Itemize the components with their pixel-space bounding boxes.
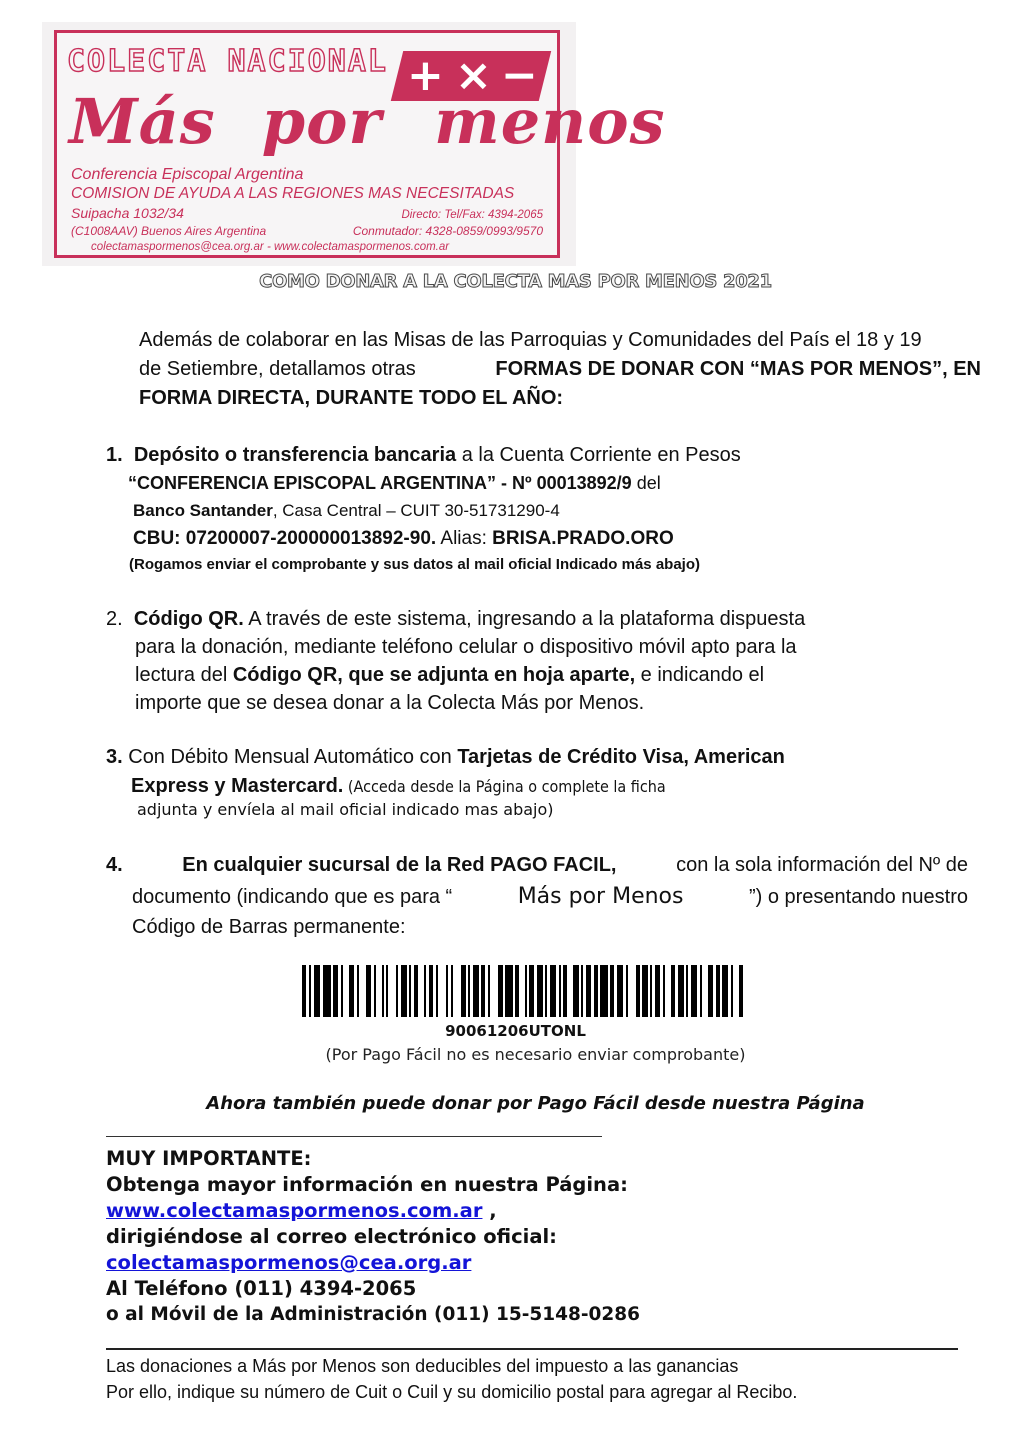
important-email-line: colectamaspormenos@cea.org.ar: [106, 1253, 471, 1273]
colecta-logo: COLECTA NACIONAL + × − Máspormenos Confe…: [54, 30, 560, 258]
item-text: e indicando el: [635, 664, 764, 686]
item-text: del: [632, 473, 661, 493]
intro-line-2: de Setiembre, detallamos otras FORMAS DE…: [139, 359, 981, 379]
cbu-value: CBU: 07200007-200000013892-90.: [133, 528, 436, 549]
logo-org: Conferencia Episcopal Argentina: [71, 167, 303, 183]
logo-switchboard: Conmutador: 4328-0859/0993/9570: [353, 225, 543, 237]
intro-emphasis: FORMA DIRECTA, DURANTE TODO EL AÑO:: [139, 388, 563, 408]
logo-direct-phone: Directo: Tel/Fax: 4394-2065: [402, 210, 544, 222]
intro-emphasis: FORMAS DE DONAR CON “MAS POR MENOS”, EN: [495, 359, 981, 379]
item-text: A través de este sistema, ingresando a l…: [244, 608, 805, 630]
logo-top-label: COLECTA NACIONAL: [67, 47, 388, 77]
intro-text: Además de colaborar en las Misas de las …: [139, 330, 922, 350]
item-1-line-3: Banco Santander, Casa Central – CUIT 30-…: [133, 502, 560, 519]
item-number: 1.: [106, 444, 123, 466]
item-3-line-3: adjunta y envíela al mail oficial indica…: [137, 802, 554, 818]
item-title: En cualquier sucursal de la Red PAGO FAC…: [182, 855, 616, 875]
item-emphasis: Código QR, que se adjunta en hoja aparte…: [233, 664, 635, 686]
item-text: a la Cuenta Corriente en Pesos: [456, 444, 741, 466]
logo-script-title: Máspormenos: [69, 91, 665, 153]
item-4-line-2: documento (indicando que es para “ Más p…: [132, 886, 968, 908]
item-title: Depósito o transferencia bancaria: [134, 444, 456, 466]
logo-card: COLECTA NACIONAL + × − Máspormenos Confe…: [42, 22, 576, 266]
item-text: con la sola información del Nº de: [676, 855, 968, 875]
item-text: documento (indicando que es para “: [132, 887, 452, 907]
account-name: “CONFERENCIA EPISCOPAL ARGENTINA” - Nº 0…: [128, 473, 632, 493]
item-text: ”) o presentando nuestro: [749, 887, 968, 907]
punctuation: ,: [482, 1199, 496, 1222]
script-word: menos: [434, 85, 665, 158]
intro-paragraph: Además de colaborar en las Misas de las …: [139, 330, 981, 350]
pago-facil-online-note: Ahora también puede donar por Pago Fácil…: [0, 1093, 1031, 1114]
item-2-line-3: lectura del Código QR, que se adjunta en…: [135, 665, 764, 685]
mobile-line: o al Móvil de la Administración (011) 15…: [106, 1306, 640, 1325]
logo-contact: colectamaspormenos@cea.org.ar - www.cole…: [91, 242, 449, 254]
item-3-line-2: Express y Mastercard. (Acceda desde la P…: [131, 776, 666, 796]
item-2-line-1: 2. Código QR. A través de este sistema, …: [106, 609, 805, 629]
barcode-number: 90061206UTONL: [0, 1022, 1031, 1040]
email-link[interactable]: colectamaspormenos@cea.org.ar: [106, 1251, 471, 1274]
item-emphasis: Más por Menos: [518, 886, 684, 908]
barcode-note: (Por Pago Fácil no es necesario enviar c…: [0, 1045, 1031, 1064]
logo-address: Suipacha 1032/34: [71, 206, 184, 220]
alias-value: BRISA.PRADO.ORO: [492, 528, 674, 549]
website-link[interactable]: www.colectamaspormenos.com.ar: [106, 1199, 482, 1222]
logo-commission: COMISION DE AYUDA A LAS REGIONES MAS NEC…: [71, 186, 514, 202]
item-title: Código QR.: [134, 608, 244, 630]
item-2-line-4: importe que se desea donar a la Colecta …: [135, 693, 644, 713]
important-line-2: dirigiéndose al correo electrónico ofici…: [106, 1227, 557, 1247]
item-1-note: (Rogamos enviar el comprobante y sus dat…: [129, 557, 700, 572]
divider: [106, 1348, 958, 1350]
barcode-image: [302, 965, 754, 1017]
item-3-line-1: 3. Con Débito Mensual Automático con Tar…: [106, 747, 785, 767]
script-word: por: [262, 85, 382, 158]
item-number: 4.: [106, 855, 123, 875]
item-text: (Acceda desde la Página o complete la fi…: [343, 777, 665, 796]
divider: [106, 1136, 602, 1137]
item-number: 2.: [106, 608, 123, 630]
phone-line: Al Teléfono (011) 4394-2065: [106, 1279, 416, 1299]
item-text: lectura del: [135, 664, 233, 686]
logo-postal: (C1008AAV) Buenos Aires Argentina: [71, 225, 266, 237]
item-1-line-1: 1. Depósito o transferencia bancaria a l…: [106, 445, 741, 465]
item-title: Express y Mastercard.: [131, 775, 343, 797]
important-line-1: Obtenga mayor información en nuestra Pág…: [106, 1175, 628, 1195]
item-number: 3.: [106, 746, 123, 768]
bank-name: Banco Santander: [133, 501, 273, 520]
alias-label: Alias:: [436, 528, 492, 549]
item-4-line-3: Código de Barras permanente:: [132, 917, 406, 937]
item-1-line-4: CBU: 07200007-200000013892-90. Alias: BR…: [133, 529, 674, 548]
footer-line-1: Las donaciones a Más por Menos son deduc…: [106, 1357, 738, 1375]
page-title: COMO DONAR A LA COLECTA MAS POR MENOS 20…: [0, 271, 1031, 292]
item-text: , Casa Central – CUIT 30-51731290-4: [273, 501, 560, 520]
item-title: Tarjetas de Crédito Visa, American: [457, 746, 785, 768]
intro-text: de Setiembre, detallamos otras: [139, 359, 416, 379]
important-heading: MUY IMPORTANTE:: [106, 1149, 311, 1169]
item-2-line-2: para la donación, mediante teléfono celu…: [135, 637, 797, 657]
script-word: Más: [69, 85, 216, 158]
important-website-line: www.colectamaspormenos.com.ar ,: [106, 1201, 497, 1221]
item-4-line-1: 4. En cualquier sucursal de la Red PAGO …: [106, 855, 968, 875]
item-text: Con Débito Mensual Automático con: [123, 746, 458, 768]
intro-line-1: Además de colaborar en las Misas de las …: [139, 330, 981, 350]
footer-line-2: Por ello, indique su número de Cuit o Cu…: [106, 1383, 797, 1401]
item-1-line-2: “CONFERENCIA EPISCOPAL ARGENTINA” - Nº 0…: [128, 474, 661, 492]
